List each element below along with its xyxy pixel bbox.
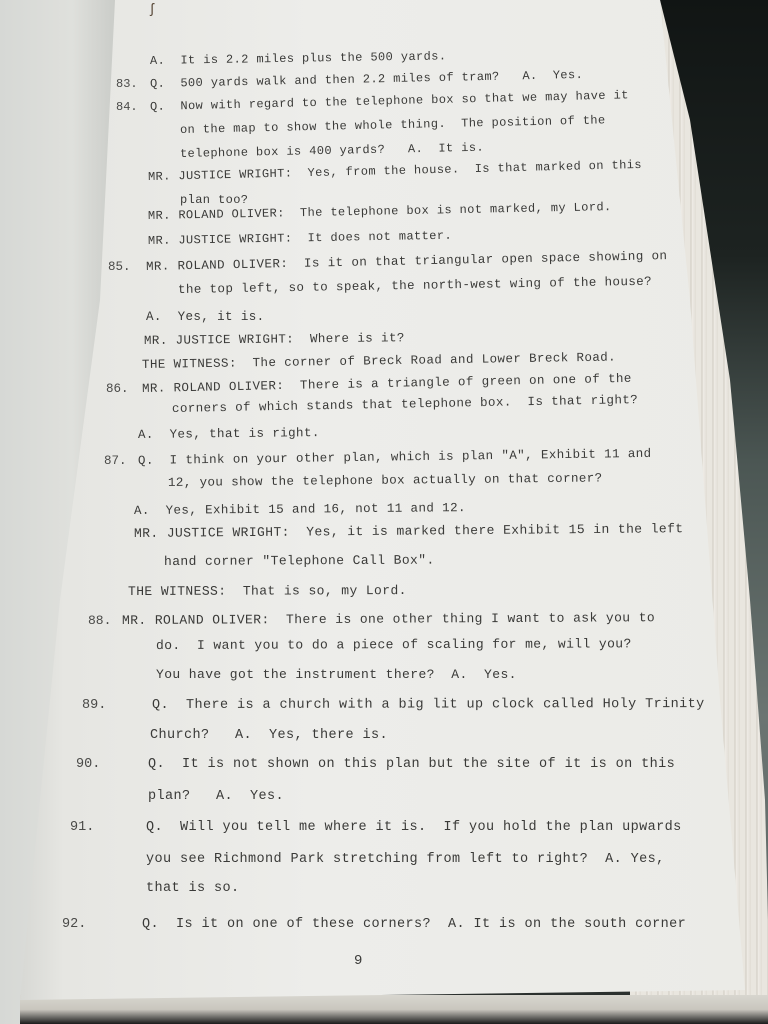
transcript-line: that is so. [146,881,240,896]
question-number: 87. [104,454,127,468]
transcript-line: You have got the instrument there? A. Ye… [156,667,517,682]
transcript-line: MR. JUSTICE WRIGHT: Where is it? [144,331,405,348]
transcript-line: A. Yes, it is. [146,310,265,324]
question-number: 91. [70,820,94,835]
transcript-line: Q. There is a church with a big lit up c… [152,697,705,713]
question-number: 85. [108,260,131,274]
transcript-line: plan too? [180,193,248,207]
transcript-line: plan? A. Yes. [148,789,284,804]
transcript-line: Q. Will you tell me where it is. If you … [146,820,682,835]
question-number: 89. [82,698,106,713]
transcript-line: A. Yes, Exhibit 15 and 16, not 11 and 12… [134,501,466,518]
question-number: 88. [88,613,111,628]
page-number: 9 [354,953,362,969]
question-number: 92. [62,917,86,932]
transcript-line: hand corner "Telephone Call Box". [164,553,435,569]
transcript-line: Church? A. Yes, there is. [150,728,388,743]
question-number: 86. [106,382,129,396]
transcript-line: you see Richmond Park stretching from le… [146,852,665,867]
binding-mark: ʃ [148,2,156,18]
transcript-line: Q. Is it on one of these corners? A. It … [142,917,686,932]
transcript-line: A. Yes, that is right. [138,426,320,442]
transcript-line: MR. ROLAND OLIVER: There is one other th… [122,610,655,628]
transcript-line: Q. It is not shown on this plan but the … [148,757,675,772]
question-number: 90. [76,757,100,772]
transcript-line: THE WITNESS: That is so, my Lord. [128,583,407,599]
question-number: 84. [116,100,138,114]
transcript-line: do. I want you to do a piece of scaling … [156,636,632,653]
question-number: 83. [116,77,138,91]
paper-stack-bottom [20,995,768,1024]
